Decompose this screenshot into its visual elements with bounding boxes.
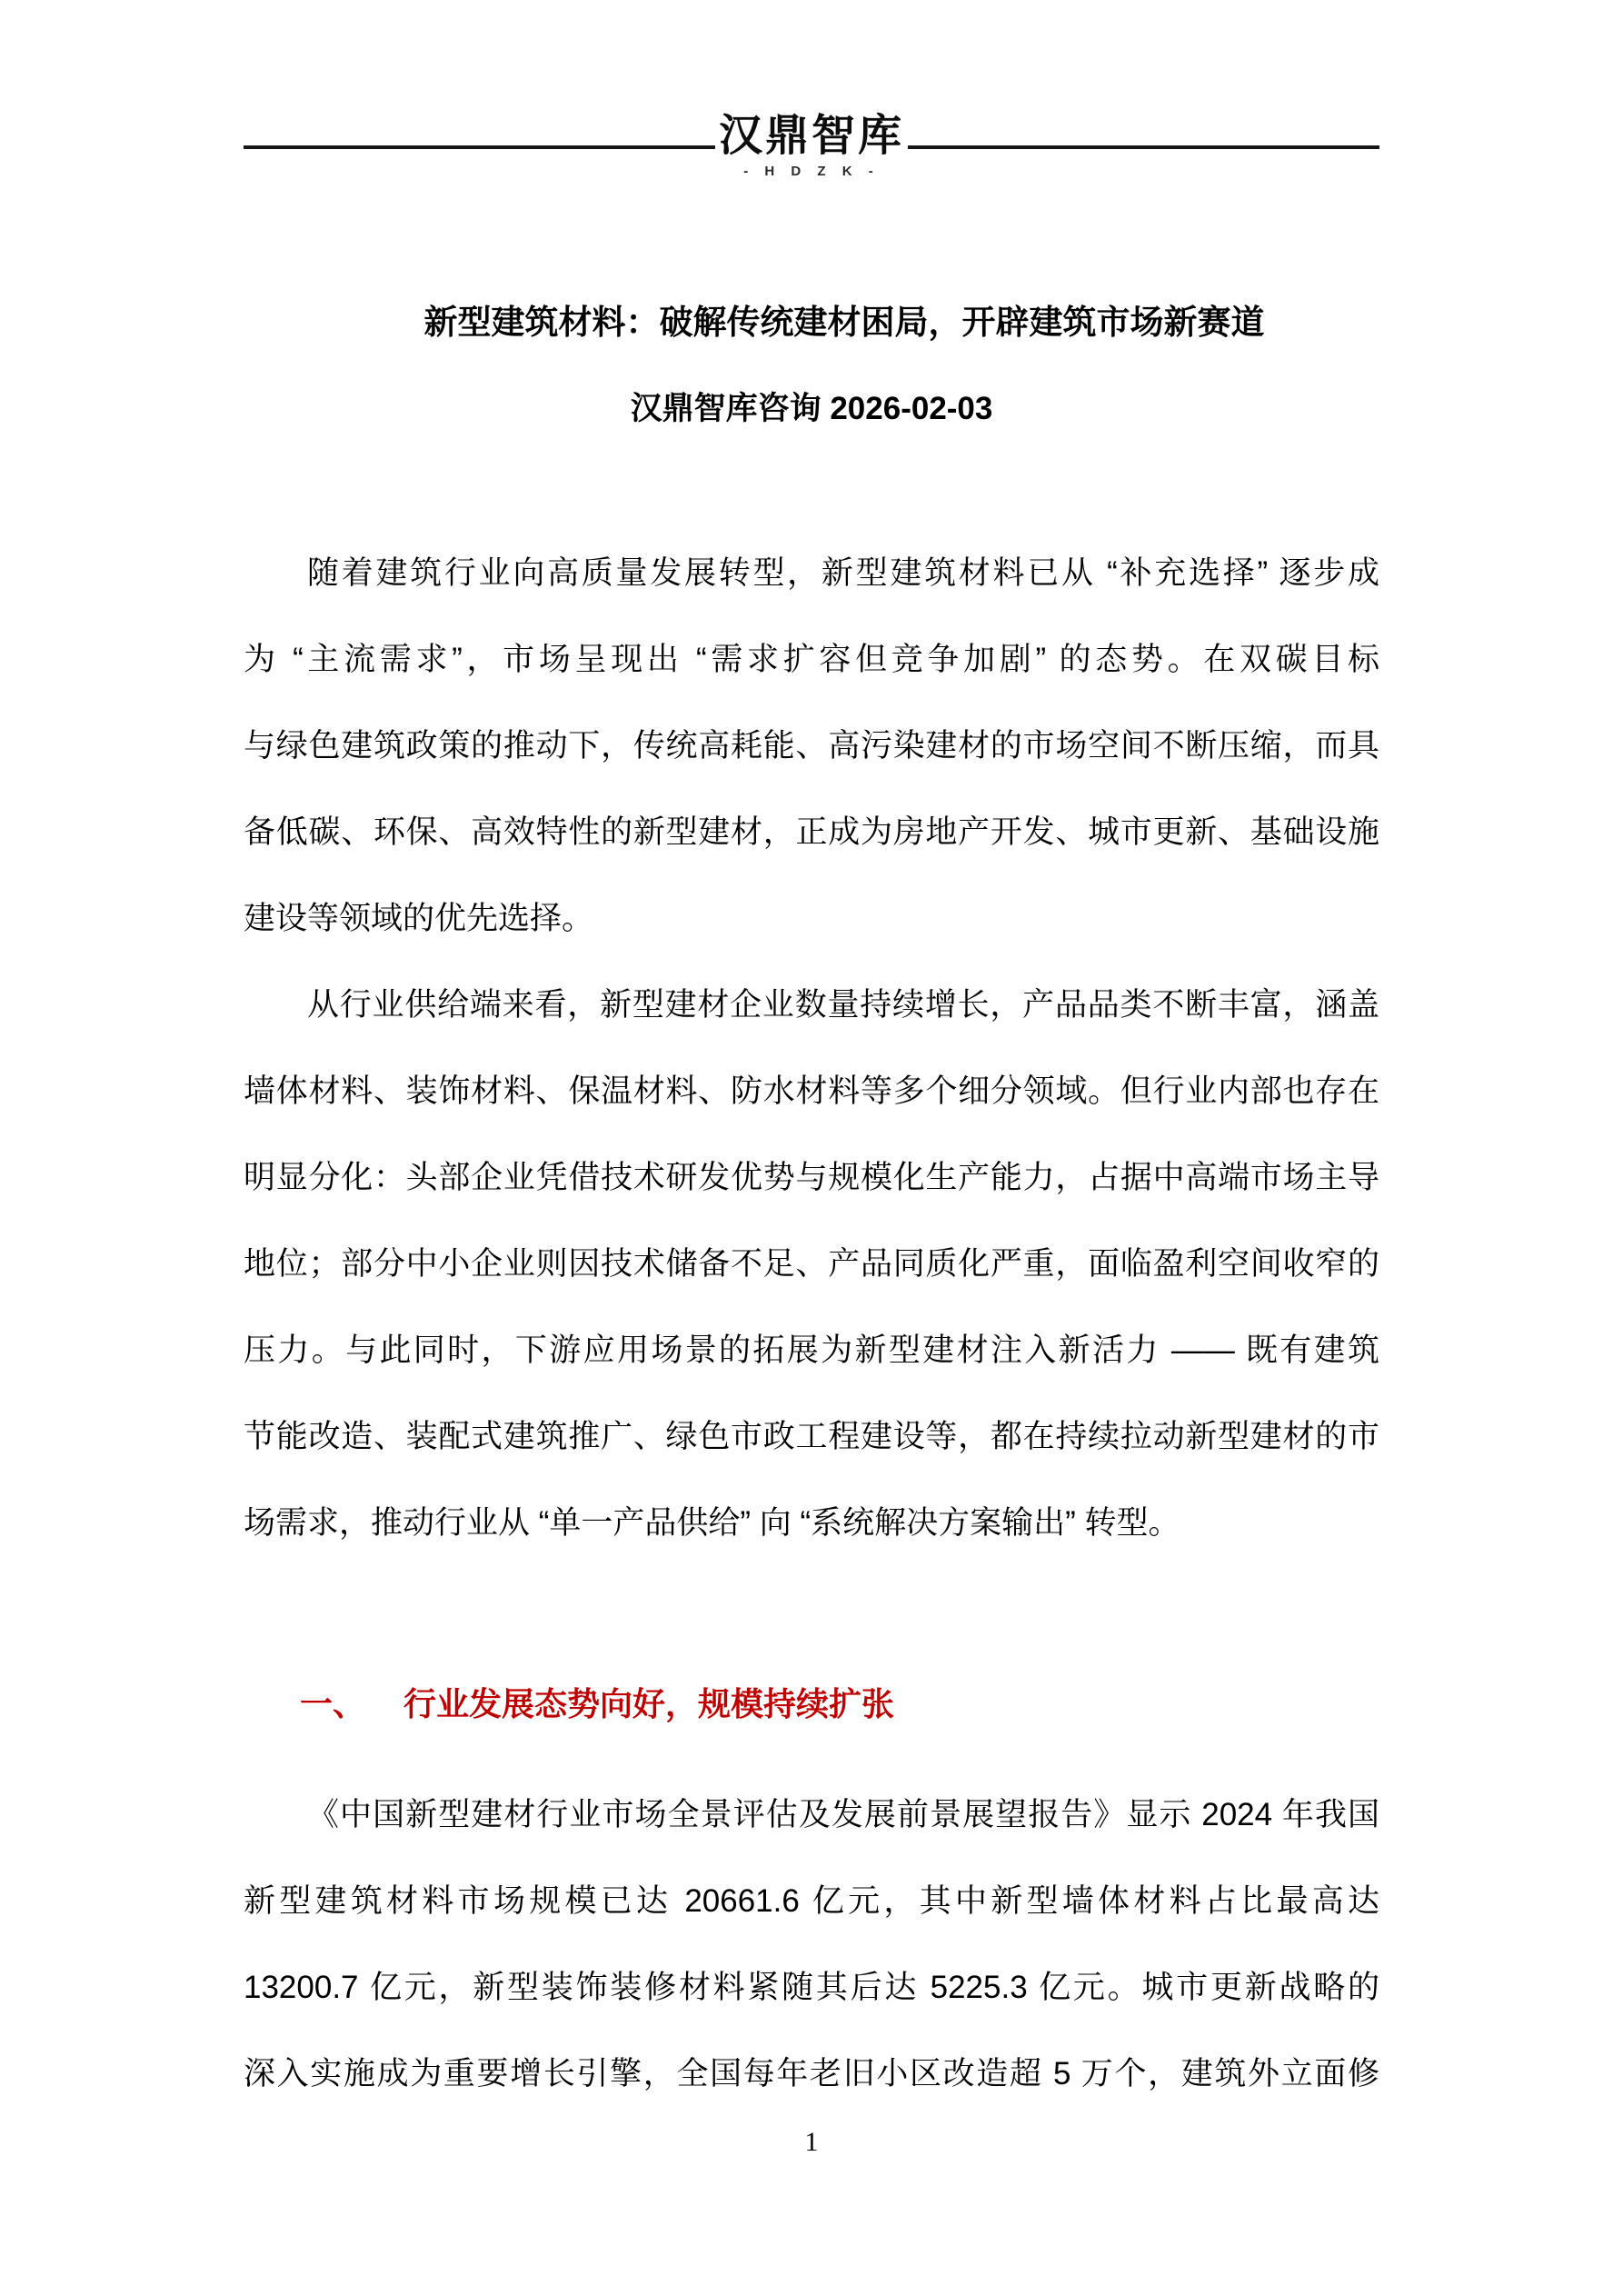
brand-logo-subtext: - H D Z K -	[743, 163, 880, 181]
paragraph: 随着建筑行业向高质量发展转型，新型建筑材料已从 “补充选择” 逐步成为 “主流需…	[244, 530, 1379, 962]
paragraph-line: 随着建筑行业向高质量发展转型，新型建筑材料已从 “补充选择” 逐步成	[244, 530, 1379, 616]
brand-logo-text: 汉鼎智库	[719, 113, 904, 160]
header-rule-left	[244, 145, 715, 149]
page-footer: 1	[0, 2127, 1623, 2158]
paragraph-line: 深入实施成为重要增长引擎，全国每年老旧小区改造超 5 万个，建筑外立面修	[244, 2031, 1379, 2117]
paragraph-line: 备低碳、环保、高效特性的新型建材，正成为房地产开发、城市更新、基础设施	[244, 789, 1379, 875]
brand-header: 汉鼎智库 - H D Z K -	[244, 113, 1379, 181]
document-subtitle: 汉鼎智库咨询 2026-02-03	[244, 389, 1379, 429]
section-heading-text: 行业发展态势向好，规模持续扩张	[403, 1685, 894, 1722]
document-page: 汉鼎智库 - H D Z K - 新型建筑材料：破解传统建材困局，开辟建筑市场新…	[0, 0, 1623, 2296]
section-heading: 一、行业发展态势向好，规模持续扩张	[244, 1684, 1379, 1724]
paragraph-line: 新型建筑材料市场规模已达 20661.6 亿元，其中新型墙体材料占比最高达	[244, 1858, 1379, 1944]
paragraph-line: 地位；部分中小企业则因技术储备不足、产品同质化严重，面临盈利空间收窄的	[244, 1221, 1379, 1307]
paragraph-line: 从行业供给端来看，新型建材企业数量持续增长，产品品类不断丰富，涵盖	[244, 962, 1379, 1048]
paragraph: 《中国新型建材行业市场全景评估及发展前景展望报告》显示 2024 年我国新型建筑…	[244, 1772, 1379, 2117]
paragraph-line: 节能改造、装配式建筑推广、绿色市政工程建设等，都在持续拉动新型建材的市	[244, 1393, 1379, 1480]
paragraph-line: 13200.7 亿元，新型装饰装修材料紧随其后达 5225.3 亿元。城市更新战…	[244, 1944, 1379, 2031]
paragraph-line: 为 “主流需求”，市场呈现出 “需求扩容但竞争加剧” 的态势。在双碳目标	[244, 616, 1379, 703]
section-heading-number: 一、	[300, 1685, 365, 1722]
header-rule-right	[908, 145, 1379, 149]
paragraph-line: 墙体材料、装饰材料、保温材料、防水材料等多个细分领域。但行业内部也存在	[244, 1048, 1379, 1134]
page-number: 1	[805, 2127, 819, 2157]
paragraph-line: 与绿色建筑政策的推动下，传统高耗能、高污染建材的市场空间不断压缩，而具	[244, 703, 1379, 789]
document-body: 随着建筑行业向高质量发展转型，新型建筑材料已从 “补充选择” 逐步成为 “主流需…	[244, 530, 1379, 2117]
paragraph-line: 明显分化：头部企业凭借技术研发优势与规模化生产能力，占据中高端市场主导	[244, 1134, 1379, 1221]
paragraph-line: 建设等领域的优先选择。	[244, 875, 1379, 962]
paragraph-line: 《中国新型建材行业市场全景评估及发展前景展望报告》显示 2024 年我国	[244, 1772, 1379, 1858]
paragraph-line: 场需求，推动行业从 “单一产品供给” 向 “系统解决方案输出” 转型。	[244, 1480, 1379, 1566]
paragraph-line: 压力。与此同时，下游应用场景的拓展为新型建材注入新活力 —— 既有建筑	[244, 1307, 1379, 1393]
brand-logo: 汉鼎智库 - H D Z K -	[715, 113, 908, 181]
document-title: 新型建筑材料：破解传统建材困局，开辟建筑市场新赛道	[244, 302, 1379, 344]
paragraph: 从行业供给端来看，新型建材企业数量持续增长，产品品类不断丰富，涵盖墙体材料、装饰…	[244, 962, 1379, 1566]
